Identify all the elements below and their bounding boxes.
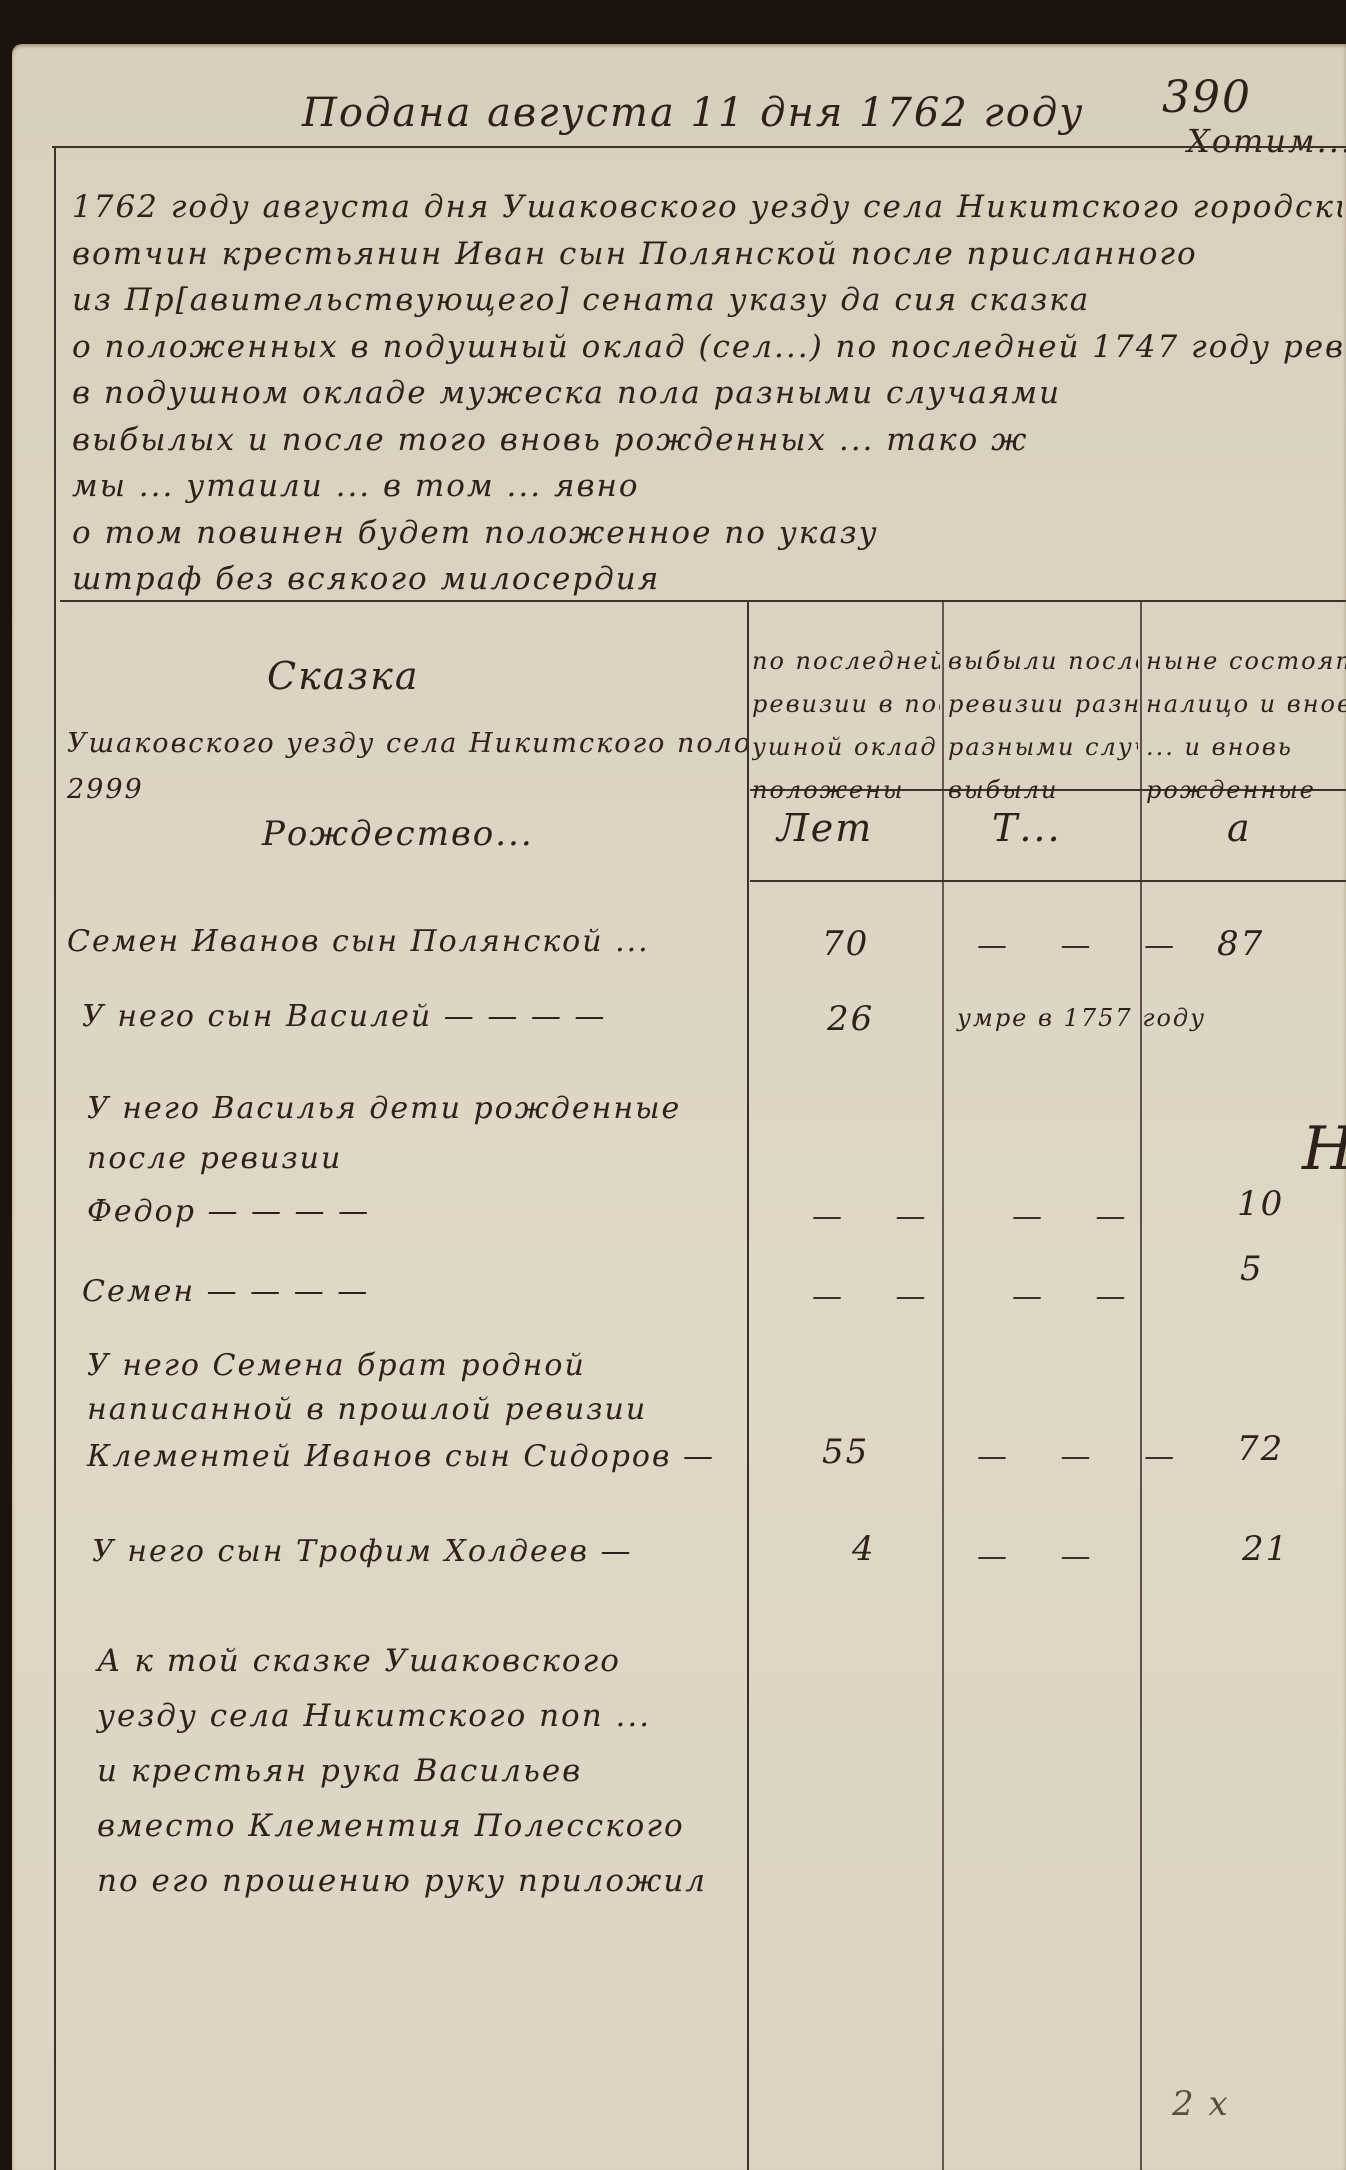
left-margin-rule (54, 146, 56, 2170)
row-col1: 70 (822, 924, 869, 964)
table-number: 2999 (67, 774, 144, 805)
note-line: и крестьян рука Васильев (97, 1744, 707, 1799)
row-col3: 21 (1242, 1529, 1289, 1569)
row-col1: — — (812, 1279, 948, 1314)
header-line: ... и вновь (1146, 726, 1346, 769)
row-col1: 26 (827, 999, 874, 1039)
table-top-rule (60, 600, 1346, 602)
column-header-present: ныне состоят налицо и вновь ... и вновь … (1146, 640, 1346, 812)
row-col3: 5 (1240, 1249, 1264, 1289)
column-header-departed: выбыли после ревизии разными разными слу… (948, 640, 1138, 812)
column-header-census: по последней ревизии в под- ушной оклад … (752, 640, 940, 812)
intro-line: штраф без всякого милосердия (72, 556, 1342, 603)
row-col1: 55 (822, 1432, 869, 1472)
bottom-mark: 2 х (1172, 2084, 1230, 2124)
units-bottom-rule (750, 880, 1346, 882)
header-line: ушной оклад (752, 726, 940, 769)
intro-line: из Пр[авительствующего] сената указу да … (72, 277, 1342, 324)
header-line: ревизии в под- (752, 683, 940, 726)
intro-line: мы ... утаили ... в том ... явно (72, 463, 1342, 510)
closing-note: А к той сказке Ушаковского уезду села Ни… (97, 1634, 707, 1909)
row-name: Семен Иванов сын Полянской ... (67, 924, 650, 959)
unit-census: Лет (777, 806, 873, 850)
row-col2: — — (1012, 1279, 1148, 1314)
intro-line: выбылых и после того вновь рожденных ...… (72, 417, 1342, 464)
row-col2: — — — (977, 1439, 1196, 1474)
row-col3: 72 (1237, 1429, 1284, 1469)
row-name: У него Василья дети рожденные после реви… (87, 1084, 737, 1184)
header-line: разными случаями (948, 726, 1138, 769)
unit-present: а (1227, 806, 1252, 850)
header-line: ревизии разными (948, 683, 1138, 726)
intro-paragraph: 1762 году августа дня Ушаковского уезду … (72, 184, 1342, 603)
row-col1: 4 (852, 1529, 876, 1569)
row-col2: умре в 1757 году (957, 1004, 1206, 1032)
folio-number: 390 (1162, 72, 1252, 123)
header-line: налицо и вновь (1146, 683, 1346, 726)
intro-line: о том повинен будет положенное по указу (72, 510, 1342, 557)
row-name: Семен — — — — (82, 1274, 369, 1309)
row-col2: — — (977, 1539, 1113, 1574)
header-title: Подана августа 11 дня 1762 году (302, 90, 1084, 136)
row-name: У него сын Трофим Холдеев — (92, 1534, 633, 1569)
margin-mark: Н (1302, 1114, 1346, 1184)
table-category: Рождество... (262, 814, 534, 854)
row-name: У него сын Василей — — — — (82, 999, 606, 1034)
row-name: Федор — — — — (87, 1194, 370, 1229)
intro-line: о положенных в подушный оклад (сел...) п… (72, 324, 1342, 371)
intro-line: вотчин крестьянин Иван сын Полянской пос… (72, 231, 1342, 278)
note-line: по его прошению руку приложил (97, 1854, 707, 1909)
header-line: ныне состоят (1146, 640, 1346, 683)
note-line: А к той сказке Ушаковского (97, 1634, 707, 1689)
manuscript-page: Подана августа 11 дня 1762 году 390 Хоти… (12, 44, 1346, 2170)
row-name: У него Семена брат родной написанной в п… (87, 1344, 747, 1432)
folio-note: Хотим... (1187, 122, 1346, 160)
row-col2: — — — (977, 928, 1196, 963)
row-col3: 87 (1217, 924, 1264, 964)
header-line: выбыли после (948, 640, 1138, 683)
column-divider-3 (1140, 600, 1142, 2170)
row-name: Клементей Иванов сын Сидоров — (87, 1439, 715, 1474)
note-line: вместо Клементия Полесского (97, 1799, 707, 1854)
unit-departed: Т... (992, 806, 1062, 850)
top-rule (52, 146, 1346, 148)
row-col2: — — (1012, 1199, 1148, 1234)
header-line: по последней (752, 640, 940, 683)
intro-line: 1762 году августа дня Ушаковского уезду … (72, 184, 1342, 231)
column-divider-1 (747, 600, 749, 2170)
table-subtitle: Ушаковского уезду села Никитского поло..… (67, 728, 747, 759)
row-col1: — — (812, 1199, 948, 1234)
intro-line: в подушном окладе мужеска пола разными с… (72, 370, 1342, 417)
row-col3: 10 (1237, 1184, 1284, 1224)
table-title: Сказка (267, 654, 420, 698)
column-divider-2 (942, 600, 944, 2170)
note-line: уезду села Никитского поп ... (97, 1689, 707, 1744)
